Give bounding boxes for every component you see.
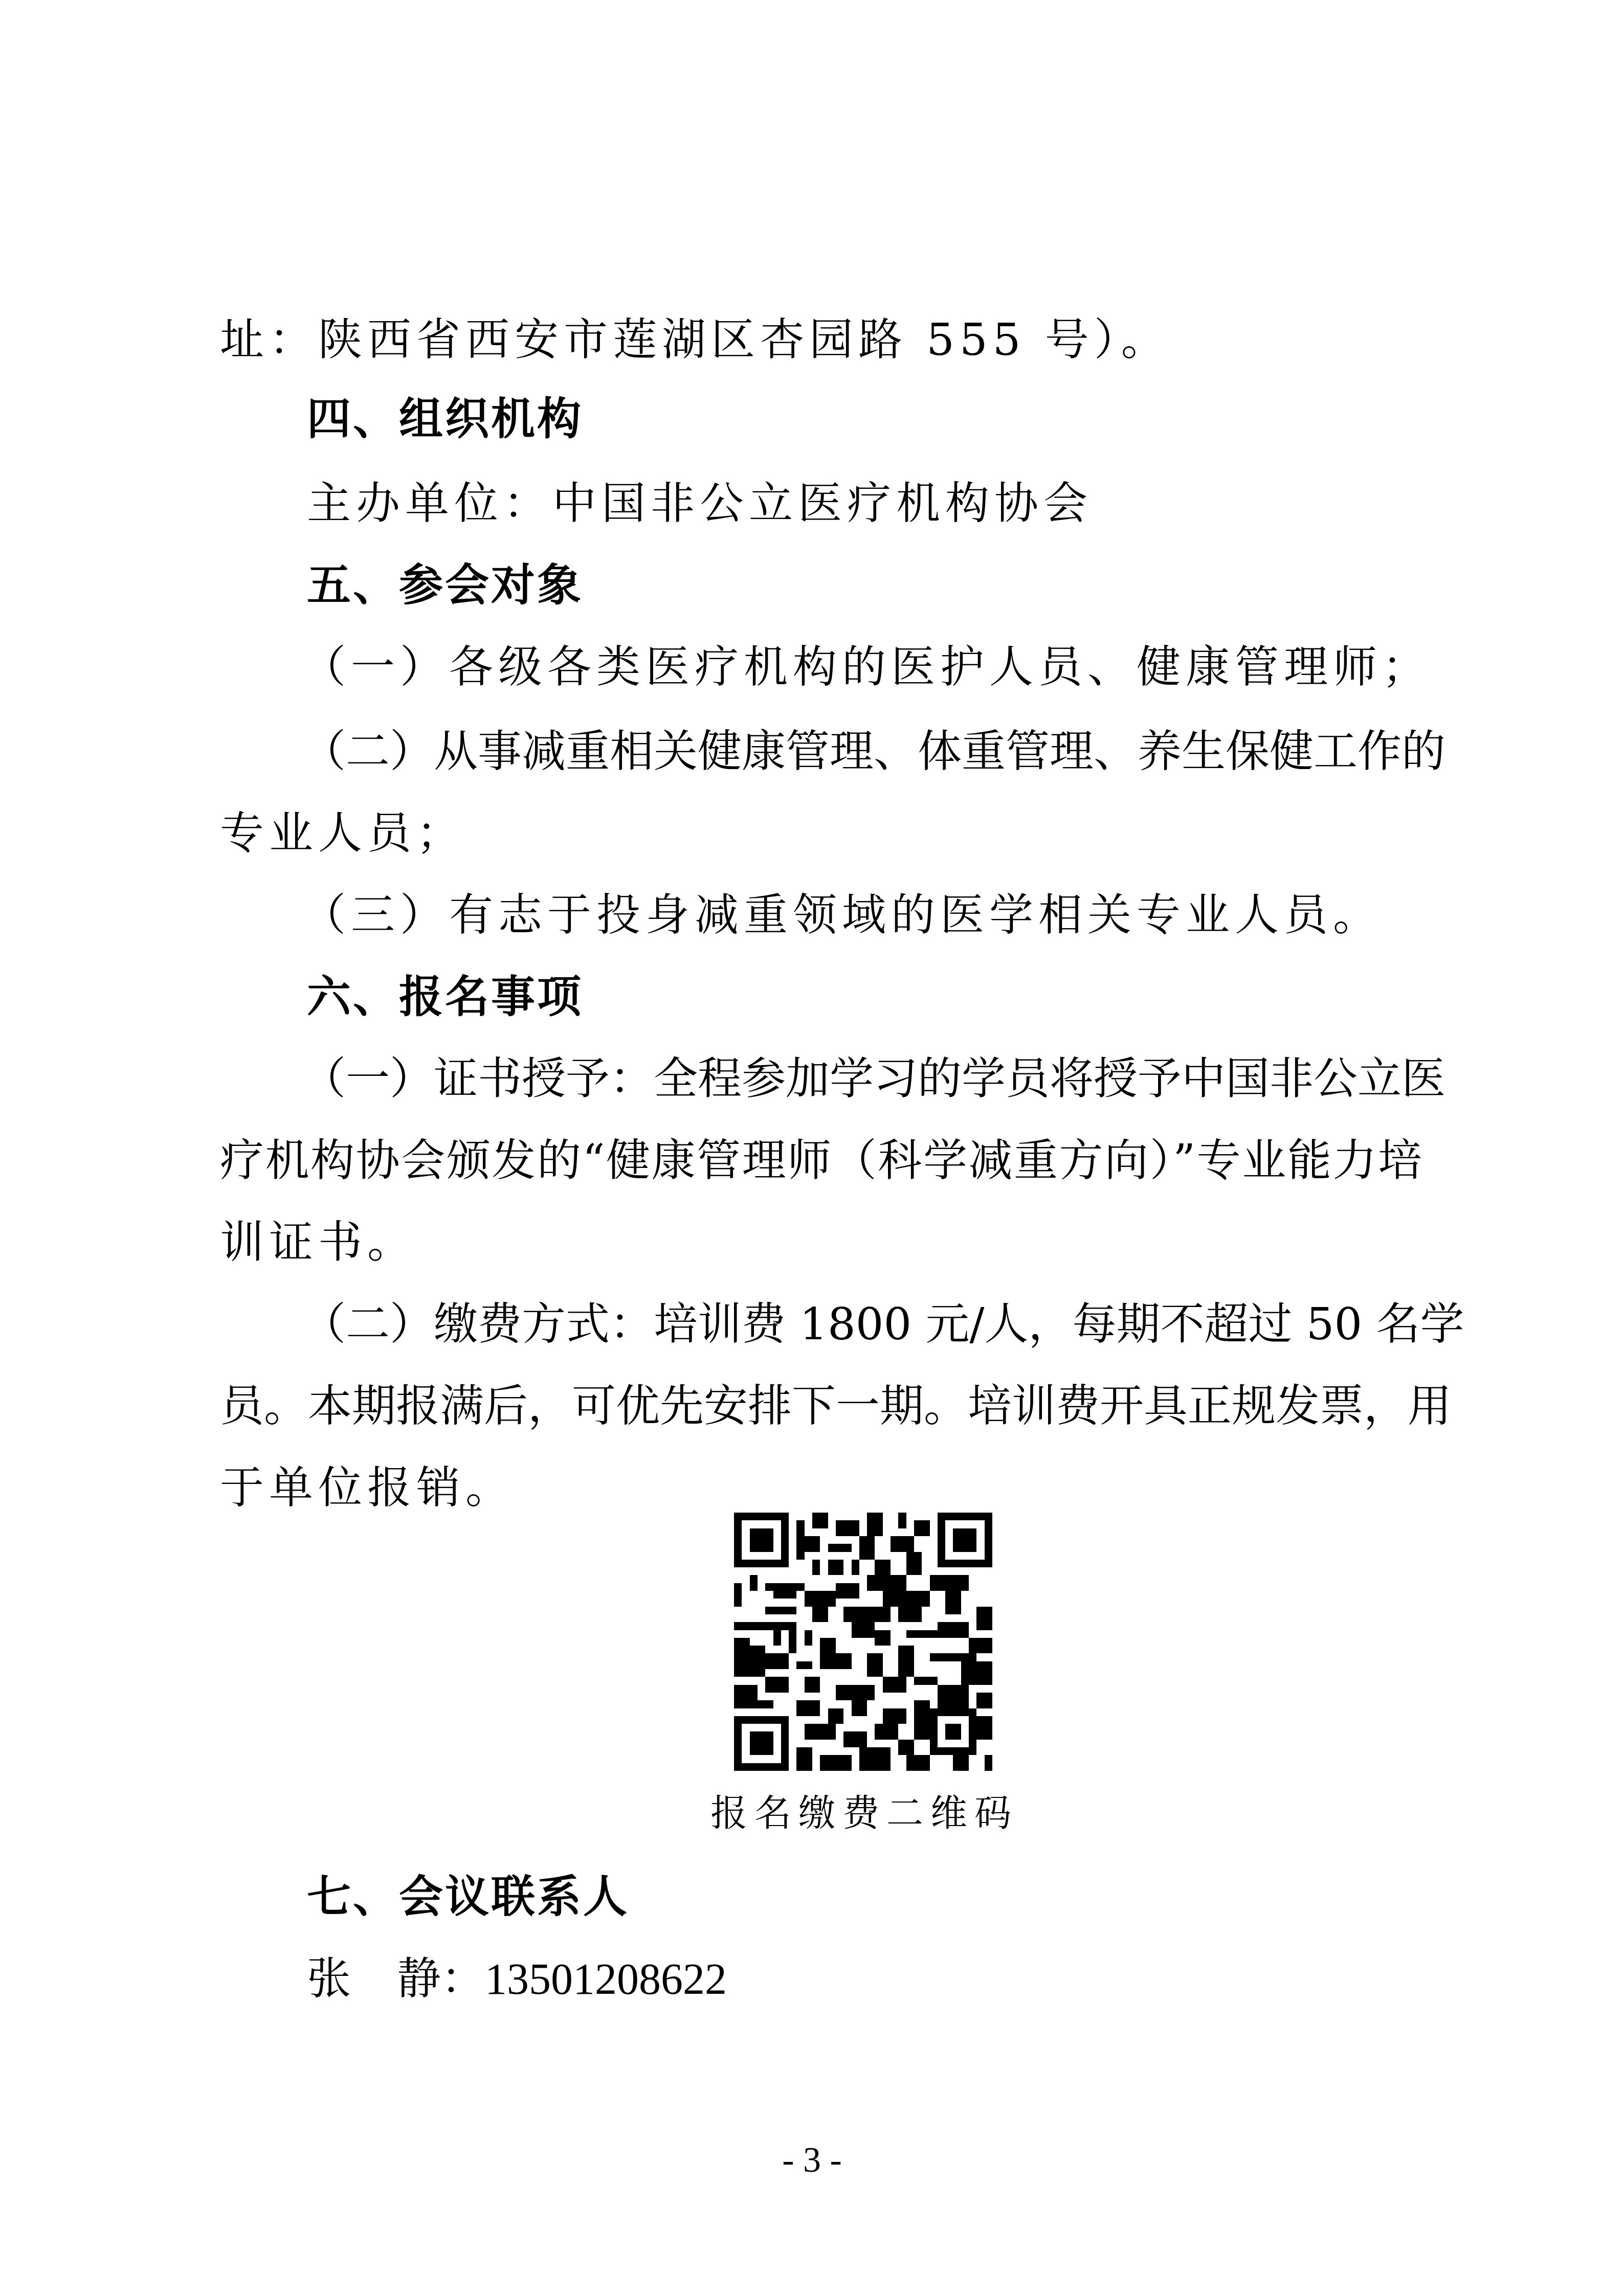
- section-6-item-1-line-1: （一）证书授予：全程参加学习的学员将授予中国非公立医: [302, 1051, 1422, 1107]
- section-5-item-1: （一）各级各类医疗机构的医护人员、健康管理师；: [302, 639, 1431, 695]
- section-4-heading: 四、组织机构: [307, 391, 583, 447]
- section-4-host-text: 主办单位：中国非公立医疗机构协会: [307, 476, 1093, 532]
- section-5-item-2-line-1: （二）从事减重相关健康管理、体重管理、养生保健工作的: [302, 724, 1422, 780]
- page-number: - 3 -: [0, 2137, 1624, 2184]
- section-6-item-2-line-3: 于单位报销。: [220, 1460, 515, 1516]
- section-5-heading: 五、参会对象: [307, 557, 583, 614]
- section-6-item-1-line-2: 疗机构协会颁发的“健康管理师（科学减重方向）”专业能力培: [220, 1133, 1422, 1189]
- contact-name-first: 张: [307, 1953, 351, 2005]
- address-tail-text: 址：陕西省西安市莲湖区杏园路 555 号）。: [220, 312, 1170, 368]
- section-6-item-2-line-1: （二）缴费方式：培训费 1800 元/人，每期不超过 50 名学: [302, 1296, 1422, 1353]
- section-5-item-2-line-2: 专业人员；: [220, 805, 465, 862]
- section-6-heading: 六、报名事项: [307, 969, 583, 1025]
- section-5-item-3: （三）有志于投身减重领域的医学相关专业人员。: [302, 887, 1382, 943]
- contact-name-second: 静：: [397, 1953, 485, 2005]
- section-6-item-2-line-2: 员。本期报满后，可优先安排下一期。培训费开具正规发票，用: [220, 1378, 1422, 1434]
- section-7-heading: 七、会议联系人: [307, 1869, 629, 1925]
- contact-line: 张静：13501208622: [307, 1951, 727, 2007]
- registration-qr-code[interactable]: [734, 1513, 992, 1771]
- section-6-item-1-line-3: 训证书。: [220, 1214, 416, 1271]
- qr-caption: 报名缴费二维码: [685, 1790, 1043, 1836]
- contact-phone: 13501208622: [485, 1954, 727, 2004]
